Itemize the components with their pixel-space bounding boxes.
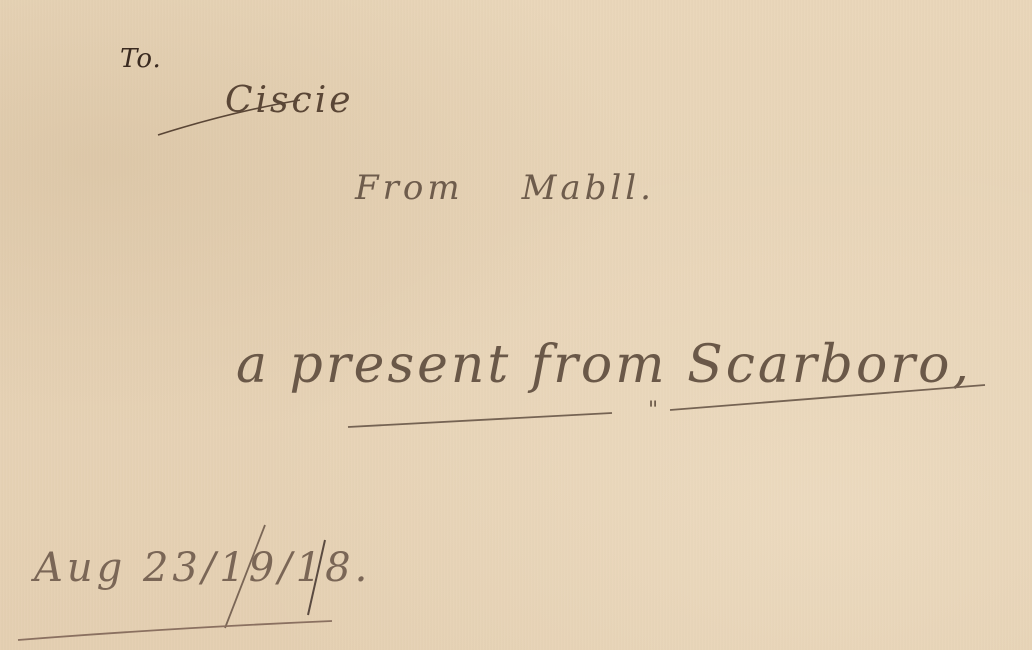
date-line: Aug 23/19/18. (34, 545, 371, 591)
recipient-name: Ciscie (225, 80, 354, 121)
from-line: FromMabll. (355, 168, 655, 208)
message-underline-left (348, 413, 612, 427)
from-label: From (355, 168, 464, 208)
ditto-mark: " (648, 398, 659, 423)
handwritten-note-card: To. Ciscie FromMabll. a present from Sca… (0, 0, 1032, 650)
date-underline (18, 621, 332, 640)
sender-name: Mabll. (522, 168, 655, 208)
to-label: To. (120, 44, 162, 74)
message-line: a present from Scarboro, (236, 335, 972, 395)
